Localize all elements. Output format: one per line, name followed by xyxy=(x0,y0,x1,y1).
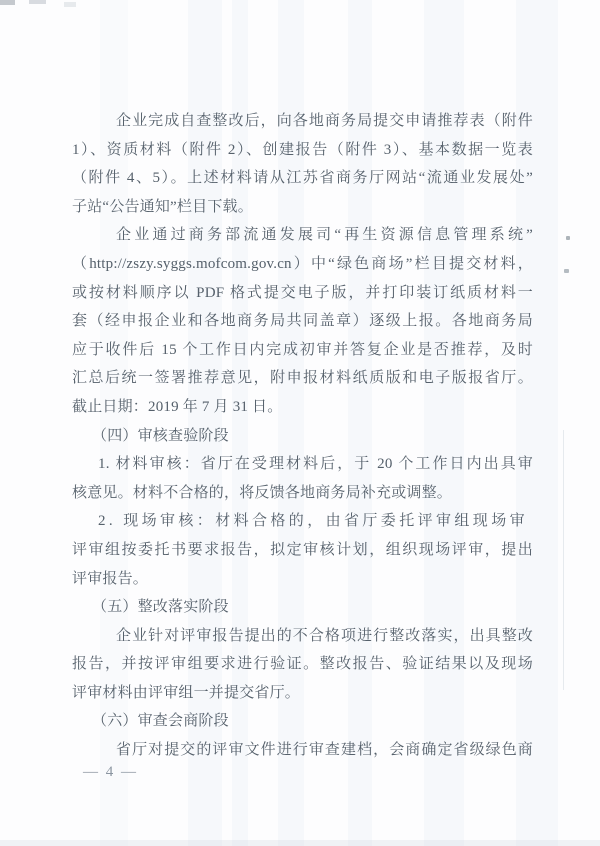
text-line-url: （http://zszy.syggs.mofcom.gov.cn）中“绿色商场”… xyxy=(72,250,533,279)
text-line: 评审材料由评审组一并提交省厅。 xyxy=(72,679,533,708)
text-line: 企业完成自查整改后，向各地商务局提交申请推荐表（附件 xyxy=(72,107,533,136)
text-line: 评审报告。 xyxy=(72,565,533,594)
text-line: 子站“公告通知”栏目下载。 xyxy=(72,193,533,222)
document-body: 企业完成自查整改后，向各地商务局提交申请推荐表（附件 1）、资质材料（附件 2）… xyxy=(72,107,533,765)
text-line: 企业通过商务部流通发展司“再生资源信息管理系统” xyxy=(72,221,533,250)
text-line: 应于收件后 15 个工作日内完成初审并答复企业是否推荐，及时 xyxy=(72,336,533,365)
scan-edge-shadow xyxy=(0,840,600,846)
text-line: 套（经申报企业和各地商务局共同盖章）逐级上报。各地商务局 xyxy=(72,307,533,336)
text-line: （附件 4、5）。上述材料请从江苏省商务厅网站“流通业发展处” xyxy=(72,164,533,193)
text-line: 或按材料顺序以 PDF 格式提交电子版，并打印装订纸质材料一 xyxy=(72,279,533,308)
page-number: — 4 — xyxy=(83,763,138,781)
scanned-document-page: 企业完成自查整改后，向各地商务局提交申请推荐表（附件 1）、资质材料（附件 2）… xyxy=(0,0,600,846)
text-line: 省厅对提交的评审文件进行审查建档，会商确定省级绿色商 xyxy=(72,736,533,765)
text-line: 企业针对评审报告提出的不合格项进行整改落实，出具整改 xyxy=(72,622,533,651)
section-heading-5: （五）整改落实阶段 xyxy=(72,593,533,622)
text-line: 2. 现场审核：材料合格的，由省厅委托评审组现场审核。 xyxy=(72,507,533,536)
text-line: 1. 材料审核：省厅在受理材料后，于 20 个工作日内出具审 xyxy=(72,450,533,479)
text-line: 1）、资质材料（附件 2）、创建报告（附件 3）、基本数据一览表 xyxy=(72,136,533,165)
section-heading-4: （四）审核查验阶段 xyxy=(72,422,533,451)
text-line: 报告，并按评审组要求进行验证。整改报告、验证结果以及现场 xyxy=(72,650,533,679)
text-line: 核意见。材料不合格的，将反馈各地商务局补充或调整。 xyxy=(72,479,533,508)
scan-speck xyxy=(566,236,570,240)
scan-speck xyxy=(564,269,569,273)
text-line: 评审组按委托书要求报告，拟定审核计划，组织现场评审，提出 xyxy=(72,536,533,565)
scan-smudge xyxy=(64,2,76,7)
scan-smudge xyxy=(0,0,15,5)
section-heading-6: （六）审查会商阶段 xyxy=(72,707,533,736)
text-line: 汇总后统一签署推荐意见，附申报材料纸质版和电子版报省厅。 xyxy=(72,364,533,393)
scan-fold-line xyxy=(563,430,564,690)
scan-smudge xyxy=(29,0,46,4)
text-line-deadline: 截止日期：2019 年 7 月 31 日。 xyxy=(72,393,533,422)
